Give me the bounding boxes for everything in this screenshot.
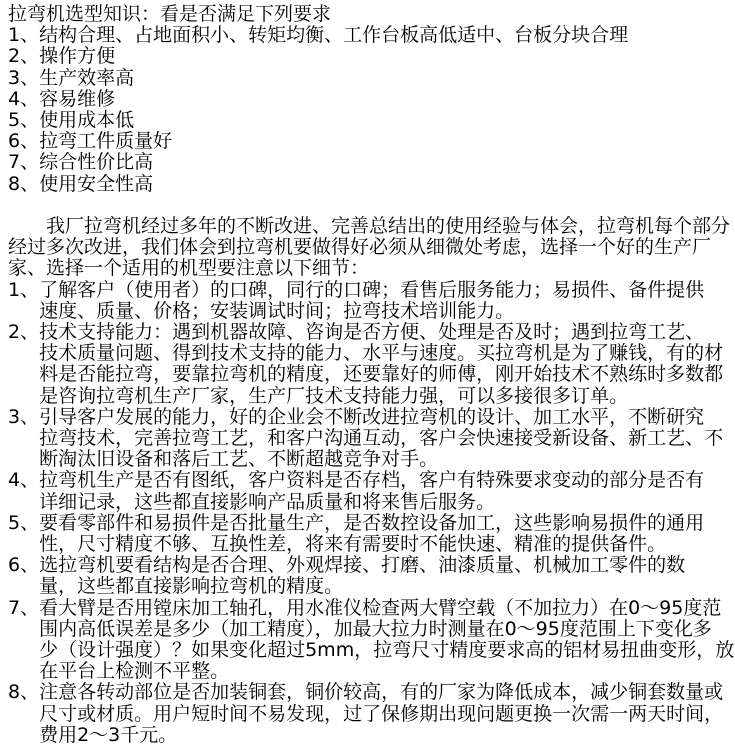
detail-item: 1、 了解客户（使用者）的口碑，同行的口碑；看售后服务能力；易损件、备件提供 速… bbox=[8, 280, 727, 322]
requirement-item: 4、 容易维修 bbox=[8, 89, 727, 110]
detail-item: 2、 技术支持能力：遇到机器故障、咨询是否方便、处理是否及时；遇到拉弯工艺、 技… bbox=[8, 322, 727, 407]
requirement-item: 3、 生产效率高 bbox=[8, 68, 727, 89]
item-number: 7、 bbox=[8, 152, 39, 173]
item-number: 2、 bbox=[8, 46, 39, 67]
item-number: 5、 bbox=[8, 513, 39, 534]
item-text: 看大臂是否用镗床加工轴孔，用水准仪检查两大臂空载（不加拉力）在0～95度范 围内… bbox=[39, 598, 734, 683]
document-page: 拉弯机选型知识：看是否满足下列要求 1、 结构合理、占地面积小、转矩均衡、工作台… bbox=[8, 4, 727, 745]
item-text: 结构合理、占地面积小、转矩均衡、工作台板高低适中、台板分块合理 bbox=[39, 25, 727, 46]
detail-item: 4、 拉弯机生产是否有图纸，客户资料是否存档，客户有特殊要求变动的部分是否有 详… bbox=[8, 470, 727, 512]
item-text: 拉弯工件质量好 bbox=[39, 131, 727, 152]
item-text: 选拉弯机要看结构是否合理、外观焊接、打磨、油漆质量、机械加工零件的数 量，这些都… bbox=[39, 555, 727, 597]
item-number: 6、 bbox=[8, 131, 39, 152]
intro-paragraph: 我厂拉弯机经过多年的不断改进、完善总结出的使用经验与体会，拉弯机每个部分 经过多… bbox=[8, 216, 727, 280]
item-number: 7、 bbox=[8, 598, 39, 619]
item-text: 容易维修 bbox=[39, 89, 727, 110]
detail-item: 5、 要看零部件和易损件是否批量生产，是否数控设备加工，这些影响易损件的通用 性… bbox=[8, 513, 727, 555]
item-number: 8、 bbox=[8, 682, 39, 703]
item-number: 5、 bbox=[8, 110, 39, 131]
requirement-item: 5、 使用成本低 bbox=[8, 110, 727, 131]
item-text: 使用成本低 bbox=[39, 110, 727, 131]
item-text: 了解客户（使用者）的口碑，同行的口碑；看售后服务能力；易损件、备件提供 速度、质… bbox=[39, 280, 727, 322]
detail-item: 7、 看大臂是否用镗床加工轴孔，用水准仪检查两大臂空载（不加拉力）在0～95度范… bbox=[8, 598, 727, 683]
item-number: 3、 bbox=[8, 68, 39, 89]
item-text: 使用安全性高 bbox=[39, 174, 727, 195]
item-text: 注意各转动部位是否加装铜套，铜价较高，有的厂家为降低成本，减少铜套数量或 尺寸或… bbox=[39, 682, 727, 745]
item-number: 2、 bbox=[8, 322, 39, 343]
item-text: 操作方便 bbox=[39, 46, 727, 67]
requirement-item: 1、 结构合理、占地面积小、转矩均衡、工作台板高低适中、台板分块合理 bbox=[8, 25, 727, 46]
item-text: 要看零部件和易损件是否批量生产，是否数控设备加工，这些影响易损件的通用 性，尺寸… bbox=[39, 513, 727, 555]
item-text: 拉弯机生产是否有图纸，客户资料是否存档，客户有特殊要求变动的部分是否有 详细记录… bbox=[39, 470, 727, 512]
detail-item: 6、 选拉弯机要看结构是否合理、外观焊接、打磨、油漆质量、机械加工零件的数 量，… bbox=[8, 555, 727, 597]
requirement-item: 2、 操作方便 bbox=[8, 46, 727, 67]
requirement-item: 6、 拉弯工件质量好 bbox=[8, 131, 727, 152]
item-text: 综合性价比高 bbox=[39, 152, 727, 173]
item-number: 4、 bbox=[8, 470, 39, 491]
item-number: 1、 bbox=[8, 25, 39, 46]
blank-line bbox=[8, 195, 727, 216]
requirement-item: 8、 使用安全性高 bbox=[8, 174, 727, 195]
item-number: 8、 bbox=[8, 174, 39, 195]
page-title: 拉弯机选型知识：看是否满足下列要求 bbox=[8, 4, 727, 25]
item-number: 3、 bbox=[8, 407, 39, 428]
item-number: 1、 bbox=[8, 280, 39, 301]
requirement-item: 7、 综合性价比高 bbox=[8, 152, 727, 173]
item-number: 6、 bbox=[8, 555, 39, 576]
item-text: 生产效率高 bbox=[39, 68, 727, 89]
item-text: 技术支持能力：遇到机器故障、咨询是否方便、处理是否及时；遇到拉弯工艺、 技术质量… bbox=[39, 322, 727, 407]
item-text: 引导客户发展的能力，好的企业会不断改进拉弯机的设计、加工水平，不断研究 拉弯技术… bbox=[39, 407, 727, 471]
item-number: 4、 bbox=[8, 89, 39, 110]
detail-item: 8、 注意各转动部位是否加装铜套，铜价较高，有的厂家为降低成本，减少铜套数量或 … bbox=[8, 682, 727, 745]
detail-item: 3、 引导客户发展的能力，好的企业会不断改进拉弯机的设计、加工水平，不断研究 拉… bbox=[8, 407, 727, 471]
